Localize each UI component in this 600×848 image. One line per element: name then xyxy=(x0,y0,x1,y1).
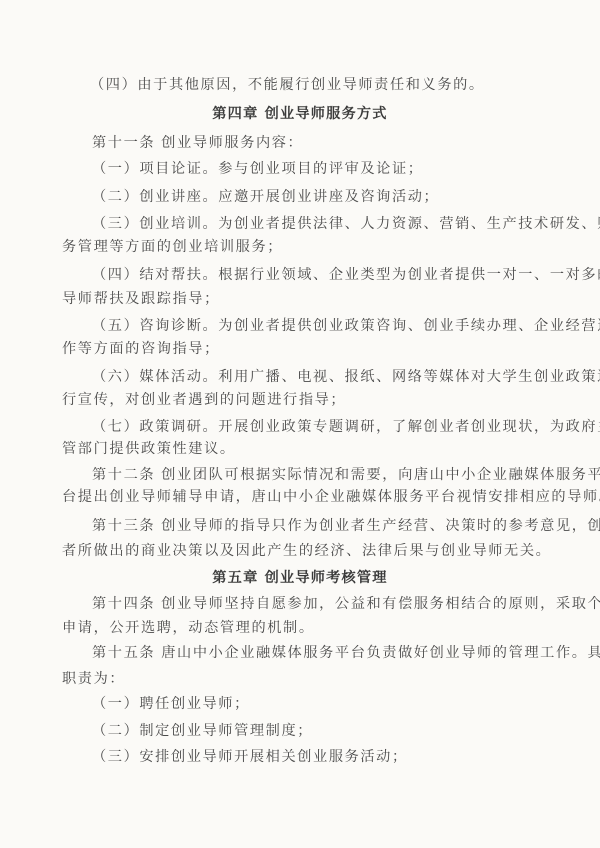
article-11-item-4-cont: 导师帮扶及跟踪指导； xyxy=(62,290,220,308)
article-15: 第十五条 唐山中小企业融媒体服务平台负责做好创业导师的管理工作。具体 xyxy=(92,644,600,662)
article-14: 第十四条 创业导师坚持自愿参加，公益和有偿服务相结合的原则，采取个人 xyxy=(92,595,600,613)
article-11-item-3-cont: 务管理等方面的创业培训服务； xyxy=(62,238,283,256)
article-11-item-5: （五）咨询诊断。为创业者提供创业政策咨询、创业手续办理、企业经营运 xyxy=(92,317,600,335)
chapter-4-heading: 第四章 创业导师服务方式 xyxy=(0,105,600,123)
document-page: （四）由于其他原因，不能履行创业导师责任和义务的。 第四章 创业导师服务方式 第… xyxy=(0,0,600,848)
article-11-item-7: （七）政策调研。开展创业政策专题调研，了解创业者创业现状，为政府主 xyxy=(92,418,600,436)
chapter-5-heading: 第五章 创业导师考核管理 xyxy=(0,569,600,587)
article-15-item-1: （一）聘任创业导师； xyxy=(92,695,250,713)
article-11-item-6: （六）媒体活动。利用广播、电视、报纸、网络等媒体对大学生创业政策进 xyxy=(92,368,600,386)
article-11-item-6-cont: 行宣传，对创业者遇到的问题进行指导； xyxy=(62,391,346,409)
article-11-item-2: （二）创业讲座。应邀开展创业讲座及咨询活动； xyxy=(92,188,439,206)
article-15-item-3: （三）安排创业导师开展相关创业服务活动； xyxy=(92,748,408,766)
article-12: 第十二条 创业团队可根据实际情况和需要，向唐山中小企业融媒体服务平 xyxy=(92,466,600,484)
article-11-item-7-cont: 管部门提供政策性建议。 xyxy=(62,440,236,458)
article-11-item-3: （三）创业培训。为创业者提供法律、人力资源、营销、生产技术研发、财 xyxy=(92,215,600,233)
article-12-cont: 台提出创业导师辅导申请，唐山中小企业融媒体服务平台视情安排相应的导师。 xyxy=(62,488,600,506)
article-11-item-5-cont: 作等方面的咨询指导； xyxy=(62,340,220,358)
article-13-cont: 者所做出的商业决策以及因此产生的经济、法律后果与创业导师无关。 xyxy=(62,542,551,560)
article-15-cont: 职责为： xyxy=(62,670,125,688)
article-11-title: 第十一条 创业导师服务内容： xyxy=(92,134,303,152)
article-11-item-1: （一）项目论证。参与创业项目的评审及论证； xyxy=(92,160,424,178)
clause-item-4-end: （四）由于其他原因，不能履行创业导师责任和义务的。 xyxy=(90,76,485,94)
article-13: 第十三条 创业导师的指导只作为创业者生产经营、决策时的参考意见，创业 xyxy=(92,517,600,535)
article-11-item-4: （四）结对帮扶。根据行业领域、企业类型为创业者提供一对一、一对多的 xyxy=(92,266,600,284)
article-15-item-2: （二）制定创业导师管理制度； xyxy=(92,722,313,740)
article-14-cont: 申请，公开选聘，动态管理的机制。 xyxy=(62,619,315,637)
